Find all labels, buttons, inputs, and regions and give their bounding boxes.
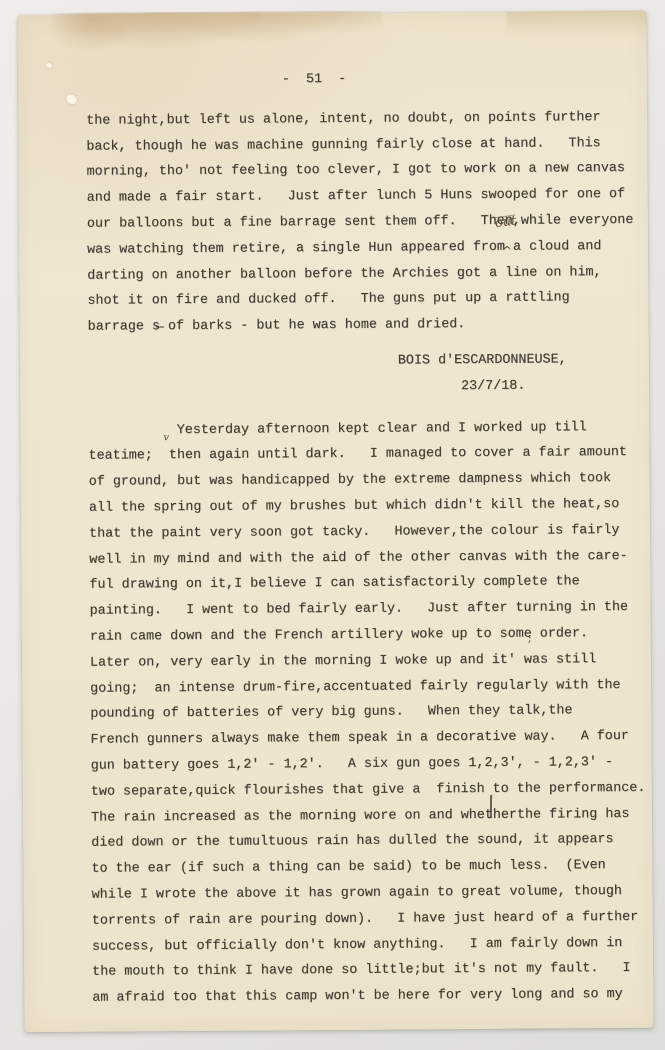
text-line: was watching them retire, a single Hun a… [87,233,662,263]
text-line: painting. I went to bed fairly early. Ju… [90,595,665,625]
text-line: while I wrote the above it has grown aga… [92,879,665,909]
text-line: two separate,quick flourishes that give … [91,775,665,805]
document-page: - 51 - the night,but left us alone, inte… [17,11,653,1032]
page-number: - 51 - [86,65,661,95]
text-line: Later on, very early in the morning I wo… [90,646,665,676]
paper-flaw [46,63,52,68]
paragraph-1: the night,but left us alone, intent, no … [86,105,663,341]
text-line: pounding of batteries of very big guns. … [90,698,665,728]
text-line: that the paint very soon got tacky. Howe… [89,517,664,547]
text-line: morning, tho' not feeling too clever, I … [86,156,661,186]
text-line: to the ear (if such a thing can be said)… [91,853,665,883]
text-line: died down or the tumultuous rain has dul… [91,827,665,857]
text-line: and made a fair start. Just after lunch … [87,182,662,212]
text-line: the night,but left us alone, intent, no … [86,105,661,135]
dateline: BOIS d'ESCARDONNEUSE, 23/7/18. [88,347,663,403]
word-separator-stroke [490,795,492,818]
text-line: The rain increased as the morning wore o… [91,801,665,831]
text-line: Yesterday afternoon kept clear and I wor… [88,414,663,444]
dateline-place: BOIS d'ESCARDONNEUSE, [88,347,663,377]
text-line: the mouth to think I have done so little… [92,956,665,986]
text-line: rain came down and the French artillery … [90,621,665,651]
text-line: success, but officially don't know anyth… [92,930,665,960]
text-line: ful drawing on it,I believe I can satisf… [89,569,664,599]
handwritten-tick-mark: v [163,432,169,443]
text-line: of ground, but was handicapped by the ex… [89,466,664,496]
text-line: gun battery goes 1,2' - 1,2'. A six gun … [91,750,665,780]
handwritten-insertion-out: out [494,214,517,230]
text-line: all the spring out of my brushes but whi… [89,492,664,522]
paragraph-2: Yesterday afternoon kept clear and I wor… [88,414,665,1011]
text-line: torrents of rain are pouring down). I ha… [92,904,665,934]
text-line: well in my mind and with the aid of the … [89,543,664,573]
text-line: darting on another balloon before the Ar… [87,259,662,289]
text-line: teatime; then again until dark. I manage… [88,440,663,470]
handwritten-stray-mark: ; [528,632,532,645]
text-line: French gunners always make them speak in… [90,724,665,754]
paper-flaw [65,93,78,105]
paper-stain-edge [506,11,646,38]
typed-text-column: - 51 - the night,but left us alone, inte… [86,65,665,1012]
insertion-caret-mark: ^ [502,244,512,258]
text-line: am afraid too that this camp won't be he… [92,982,665,1012]
scan-backdrop: - 51 - the night,but left us alone, inte… [0,0,665,1050]
text-line: our balloons but a fine barrage sent the… [87,208,662,238]
dateline-date: 23/7/18. [88,372,663,402]
text-line: barrage s̶ of barks - but he was home an… [88,311,663,341]
text-line: going; an intense drum-fire,accentuated … [90,672,665,702]
text-line: back, though he was machine gunning fair… [86,130,661,160]
text-line: shot it on fire and ducked off. The guns… [87,285,662,315]
